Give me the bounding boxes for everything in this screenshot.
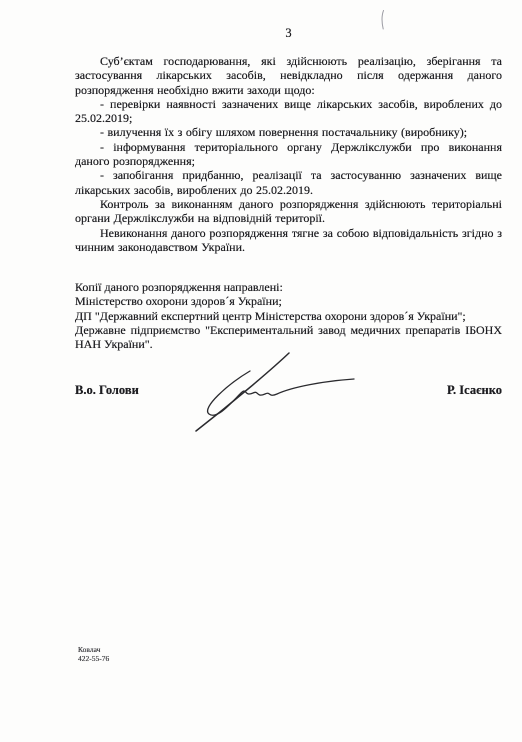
paragraph-measure-withdraw: - вилучення їх з обігу шляхом повернення… bbox=[75, 125, 502, 139]
paragraph-control: Контроль за виконанням даного розпорядже… bbox=[75, 197, 502, 226]
executor-phone: 422-55-76 bbox=[78, 654, 109, 663]
paragraph-measure-prevent: - запобігання придбанню, реалізації та з… bbox=[75, 168, 502, 197]
paragraph-measure-check: - перевірки наявності зазначених вище лі… bbox=[75, 97, 502, 126]
document-page: 3 Суб’єктам господарювання, які здійснюю… bbox=[0, 0, 522, 742]
paragraph-liability: Невиконання даного розпорядження тягне з… bbox=[75, 226, 502, 255]
signature-block: В.о. Голови Р. Ісаєнко bbox=[75, 383, 502, 397]
paragraph-measure-inform: - інформування територіального органу Де… bbox=[75, 140, 502, 169]
document-body: Суб’єктам господарювання, які здійснюють… bbox=[75, 54, 502, 254]
copies-item-ministry: Міністерство охорони здоров´я України; bbox=[75, 294, 502, 308]
executor-name: Ковлач bbox=[78, 645, 109, 654]
page-number: 3 bbox=[75, 26, 502, 40]
signatory-name: Р. Ісаєнко bbox=[447, 383, 502, 397]
copies-item-plant: Державне підприємство "Експериментальний… bbox=[75, 323, 502, 352]
copies-heading: Копії даного розпорядження направлені: bbox=[75, 280, 502, 294]
paragraph-subjects: Суб’єктам господарювання, які здійснюють… bbox=[75, 54, 502, 97]
copies-item-expert-center: ДП "Державний експертний центр Міністерс… bbox=[75, 309, 502, 323]
executor-footer: Ковлач 422-55-76 bbox=[78, 645, 109, 663]
copies-list: Копії даного розпорядження направлені: М… bbox=[75, 280, 502, 351]
signatory-role: В.о. Голови bbox=[75, 383, 139, 397]
